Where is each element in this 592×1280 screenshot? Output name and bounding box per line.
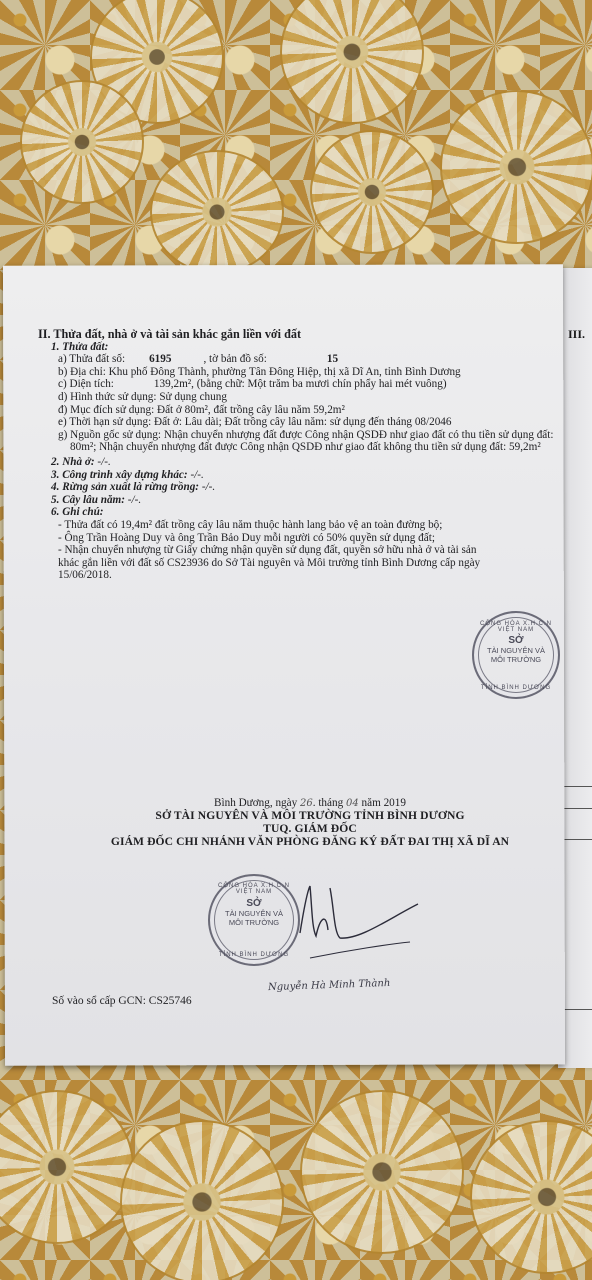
house-row: 2. Nhà ở: -/-. [51,456,558,469]
land-plot-heading: 1. Thửa đất: [51,341,558,354]
stamp-line-1: SỞ [210,898,298,909]
usage-purpose-label: đ) Mục đích sử dụng: [58,404,154,416]
flower-pattern [150,150,284,274]
plot-number-label: a) Thửa đất số: [58,353,125,365]
plot-number-value: 6195 [149,353,171,365]
month-label: tháng [318,797,343,809]
forest-value: -/-. [202,481,215,493]
issuing-agency: SỞ TÀI NGUYÊN VÀ MÔI TRƯỜNG TỈNH BÌNH DƯ… [60,809,560,822]
perennial-row: 5. Cây lâu năm: -/-. [51,494,558,507]
stamp-line-3: MÔI TRƯỜNG [210,918,298,927]
note-item: - Thửa đất có 19,4m² đất trồng cây lâu n… [58,519,558,532]
area-value: 139,2m², (bằng chữ: Một trăm ba mươi chí… [154,378,447,390]
stamp-line-2: TÀI NGUYÊN VÀ [210,909,298,918]
flower-pattern [20,80,144,204]
next-section-heading: III. [568,327,585,342]
house-heading: 2. Nhà ở: [51,456,95,468]
usage-purpose-row: đ) Mục đích sử dụng: Đất ở 80m², đất trồ… [58,404,558,417]
usage-term-row: e) Thời hạn sử dụng: Đất ở: Lâu dài; Đất… [58,416,558,429]
flower-pattern [120,1120,284,1280]
area-row: c) Diện tích:139,2m², (bằng chữ: Một tră… [58,378,558,391]
perennial-value: -/-. [128,494,141,506]
usage-form-label: d) Hình thức sử dụng: [58,391,157,403]
map-sheet-label: , tờ bản đồ số: [203,353,266,365]
address-label: b) Địa chỉ: [58,366,106,378]
stamp-ring-top: CỘNG HÒA X.H.C.N VIỆT NAM [210,883,298,895]
forest-row: 4. Rừng sản xuất là rừng trồng: -/-. [51,481,558,494]
address-value: Khu phố Đông Thành, phường Tân Đông Hiệp… [109,366,461,378]
usage-form-row: d) Hình thức sử dụng: Sử dụng chung [58,391,558,404]
flower-pattern [300,1090,464,1254]
address-row: b) Địa chỉ: Khu phố Đông Thành, phường T… [58,366,558,379]
map-sheet-value: 15 [327,353,338,365]
flower-pattern [440,90,592,244]
notes-heading: 6. Ghi chú: [51,506,558,519]
stamp-line-2: TÀI NGUYÊN VÀ [474,646,558,655]
registry-value: CS25746 [149,995,192,1007]
stamp-ring-bottom: TỈNH BÌNH DƯƠNG [474,685,558,691]
other-construction-value: -/-. [190,469,203,481]
usage-origin-row: g) Nguồn gốc sử dụng: Nhận chuyển nhượng… [58,429,558,454]
other-construction-heading: 3. Công trình xây dựng khác: [51,469,188,481]
usage-purpose-value: Đất ở 80m², đất trồng cây lâu năm 59,2m² [157,404,345,416]
perennial-heading: 5. Cây lâu năm: [51,494,125,506]
year-label: năm 2019 [362,797,406,809]
other-construction-row: 3. Công trình xây dựng khác: -/-. [51,469,558,482]
flower-pattern [310,130,434,254]
registry-number: Số vào sổ cấp GCN: CS25746 [52,995,192,1007]
stamp-ring-bottom: TỈNH BÌNH DƯƠNG [210,952,298,958]
house-value: -/-. [97,456,110,468]
signature-stamp: CỘNG HÒA X.H.C.N VIỆT NAM SỞ TÀI NGUYÊN … [208,874,300,966]
usage-term-value: Đất ở: Lâu dài; Đất trồng cây lâu năm: s… [154,416,452,428]
usage-term-label: e) Thời hạn sử dụng: [58,416,151,428]
flower-pattern [280,0,424,124]
area-label: c) Diện tích: [58,378,114,390]
handwritten-signature [290,878,430,968]
official-stamp: CỘNG HÒA X.H.C.N VIỆT NAM SỞ TÀI NGUYÊN … [472,611,560,699]
stamp-line-1: SỞ [474,635,558,646]
usage-form-value: Sử dụng chung [159,391,227,403]
issue-place: Bình Dương, ngày [214,797,297,809]
issue-month: 04 [346,798,359,809]
flower-pattern [0,1090,134,1244]
certificate-content: II. Thửa đất, nhà ở và tài sản khác gắn … [38,328,558,582]
signature-block: Bình Dương, ngày 26. tháng 04 năm 2019 S… [60,797,560,848]
signer-position: GIÁM ĐỐC CHI NHÁNH VĂN PHÒNG ĐĂNG KÝ ĐẤT… [60,835,560,848]
note-item: - Ông Trần Hoàng Duy và ông Trần Bảo Duy… [58,532,558,545]
on-behalf-of: TUQ. GIÁM ĐỐC [60,822,560,835]
note-item: - Nhận chuyển nhượng từ Giấy chứng nhận … [58,544,498,582]
issue-day: 26 [300,798,313,809]
stamp-line-3: MÔI TRƯỜNG [474,655,558,664]
flower-pattern [470,1120,592,1274]
forest-heading: 4. Rừng sản xuất là rừng trồng: [51,481,199,493]
issue-date: Bình Dương, ngày 26. tháng 04 năm 2019 [60,797,560,809]
section-title: II. Thửa đất, nhà ở và tài sản khác gắn … [38,328,558,341]
usage-origin-label: g) Nguồn gốc sử dụng: [58,429,161,441]
stamp-ring-top: CỘNG HÒA X.H.C.N VIỆT NAM [474,621,558,633]
registry-label: Số vào sổ cấp GCN: [52,995,146,1007]
plot-number-row: a) Thửa đất số:6195, tờ bản đồ số:15 [58,353,558,366]
